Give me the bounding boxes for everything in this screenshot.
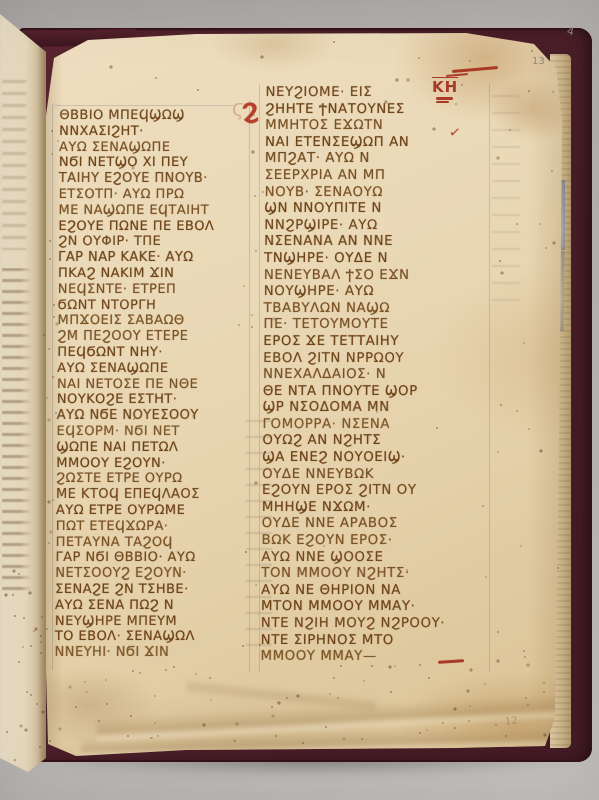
manuscript-text-line: ΕϤΣΟΡΜ· ΝϬΙ ΝΕΤ bbox=[57, 424, 213, 440]
manuscript-text-line: ΜΜΗΤΟΣ ΕϪΩΤΝ bbox=[265, 118, 449, 135]
manuscript-text-line: ΑΥΩ ΣΕΝΑϢΩΠΕ bbox=[57, 361, 213, 377]
show-through-text bbox=[492, 95, 520, 305]
manuscript-text-line: ΜΕ ΝΑϢΩΠΕ ΕϤΤΑΙΗΤ bbox=[58, 203, 214, 219]
manuscript-text-line: ΕΡΟΣ ϪΕ ΤΕΤΤΑΙΗΥ bbox=[263, 334, 447, 351]
show-through-text bbox=[2, 268, 32, 598]
manuscript-text-line: ΜΕ ΚΤΟϤ ΕΠΕϤΛΑΟΣ bbox=[56, 487, 212, 503]
manuscript-text-line: ΟΥΔΕ ΝΝΕΥΒΩΚ bbox=[262, 467, 446, 484]
quire-number: ΚΗ bbox=[432, 78, 458, 96]
rubric-stroke bbox=[436, 101, 449, 103]
manuscript-text-line: ΝΟΥϢΗΡΕ· ΑΥΩ bbox=[264, 284, 448, 301]
manuscript-text-line: ΤΒΑΒΥΛΩΝ ΝΑϢΩ bbox=[264, 301, 448, 318]
manuscript-text-line: ΜΤΟΝ ΜΜΟΟΥ ΜΜΑΥ· bbox=[261, 599, 445, 616]
manuscript-text-line: ΝΕϤΣΝΤΕ· ΕΤΡΕΠ bbox=[58, 282, 214, 298]
manuscript-text-line: ΝΤΕ ΝϨΙΗ ΜΟΥϨ ΝϨΡΟΟΥ· bbox=[261, 616, 445, 633]
manuscript-text-line: ΠΕϤϬΩΝΤ ΝΗΥ· bbox=[57, 345, 213, 361]
manuscript-text-line: ΣΕΝΑϨΕ ϨΝ ΤΣΗΒΕ· bbox=[55, 582, 211, 598]
manuscript-text-line: ΝΝΕΧΑΛΔΑΙΟΣ· Ν bbox=[263, 367, 447, 384]
manuscript-text-line: ΜΗΗϢΕ ΝϪΩΜ· bbox=[262, 500, 446, 517]
ruling-line bbox=[54, 105, 234, 106]
manuscript-text-line: ΘΕ ΝΤΑ ΠΝΟΥΤΕ ϢΟΡ bbox=[263, 384, 447, 401]
manuscript-text-line: ΑΥΩ ΝϬΕ ΝΟΥΕΣΟΟΥ bbox=[57, 408, 213, 424]
manuscript-text-line: ΝΟΥΒ· ΣΕΝΑΟΥΩ bbox=[265, 185, 449, 202]
manuscript-text-line: ϢΩΠΕ ΝΑΙ ΠΕΤΩΛ bbox=[56, 440, 212, 456]
manuscript-text-line: ΝΝϨΡϢΙΡΕ· ΑΥΩ bbox=[264, 218, 448, 235]
manuscript-text-line: ΣΕΕΡΧΡΙΑ ΑΝ ΜΠ bbox=[265, 168, 449, 185]
manuscript-text-line: ΝΑΙ ΕΤΕΝΣΕϢΩΠ ΑΝ bbox=[265, 135, 449, 152]
manuscript-text-line: ΑΥΩ ΣΕΝΑ ΠΩϨ Ν bbox=[55, 598, 211, 614]
show-through-text bbox=[2, 80, 26, 250]
manuscript-text-line: ϨΩΣΤΕ ΕΤΡΕ ΟΥΡΩ bbox=[56, 471, 212, 487]
manuscript-text-line: ΜΜΟΟΥ ΕϨΟΥΝ· bbox=[56, 456, 212, 472]
manuscript-text-line: ΝΕΝΕΥΒΑΛ ϮΣΟ ΕϪΝ bbox=[264, 268, 448, 285]
ruling-line bbox=[489, 84, 490, 672]
manuscript-text-line: ΜΠϨΑΤ· ΑΥΩ Ν bbox=[265, 151, 449, 168]
manuscript-text-line: ΑΥΩ ΝΝΕ ϢΟΟΣΕ bbox=[261, 550, 445, 567]
manuscript-text-line: ΝΤΕ ΣΙΡΗΝΟΣ ΜΤΟ bbox=[261, 633, 445, 650]
red-check-mark: ✓ bbox=[448, 124, 462, 141]
manuscript-text-line: ΑΥΩ ΝΕ ΘΗΡΙΟΝ ΝΑ bbox=[261, 583, 445, 600]
manuscript-text-line: ΠΕΤΑΥΝΑ ΤΑϨΟϤ bbox=[56, 535, 212, 551]
manuscript-text-line: ΝΑΙ ΝΕΤΟΣΕ ΠΕ ΝΘΕ bbox=[57, 377, 213, 393]
manuscript-text-line: ΝΝΕΥΗΙ· ΝϬΙ ϪΙΝ bbox=[55, 645, 211, 661]
manuscript-photograph: ΘΒΒΙΟ ΜΠΕϤϢΩϢΝΝΧΑΣΙϨΗΤ·ΑΥΩ ΣΕΝΑϢΩΠΕΝϬΙ Ν… bbox=[0, 0, 599, 800]
manuscript-text-line: ΘΒΒΙΟ ΜΠΕϤϢΩϢ bbox=[59, 108, 215, 124]
manuscript-text-line: ϢΑ ΕΝΕϨ ΝΟΥΟΕΙϢ· bbox=[262, 450, 446, 467]
text-column-right: ΝΕΥϨΙΟΜΕ· ΕΙΣϨΗΗΤΕ ϮΝΑΤΟΥΝΕΣΜΜΗΤΟΣ ΕϪΩΤΝ… bbox=[260, 85, 449, 666]
manuscript-text-line: ΝϬΙ ΝΕΤϢΟ ΧΙ ΠΕΥ bbox=[59, 155, 215, 171]
manuscript-text-line: ΠΩΤ ΕΤΕϤϪΩΡΑ· bbox=[56, 519, 212, 535]
manuscript-text-line: ϨΝ ΟΥΦΙΡ· ΤΠΕ bbox=[58, 234, 214, 250]
manuscript-text-line: ΟΥΩϨ ΑΝ ΝϨΗΤΣ bbox=[262, 433, 446, 450]
manuscript-text-line: ΠΚΑϨ ΝΑΚΙΜ ϪΙΝ bbox=[58, 266, 214, 282]
ruling-line bbox=[52, 104, 53, 670]
manuscript-text-line: ΑΥΩ ΕΤΡΕ ΟΥΡΩΜΕ bbox=[56, 503, 212, 519]
manuscript-text-line: ϨΜ ΠΕϨΟΟΥ ΕΤΕΡΕ bbox=[57, 329, 213, 345]
manuscript-text-line: ΝΕΥϢΗΡΕ ΜΠΕΥΜ bbox=[55, 614, 211, 630]
manuscript-text-line: ΓΑΡ ΝϬΙ ΘΒΒΙΟ· ΑΥΩ bbox=[55, 550, 211, 566]
manuscript-text-line: ΕϨΟΥΕ ΠΩΝΕ ΠΕ ΕΒΟΛ bbox=[58, 219, 214, 235]
manuscript-text-line: ΑΥΩ ΣΕΝΑϢΩΠΕ bbox=[59, 140, 215, 156]
manuscript-text-line: ΟΥΔΕ ΝΝΕ ΑΡΑΒΟΣ bbox=[262, 516, 446, 533]
manuscript-text-line: ϢΡ ΝΣΟΔΟΜΑ ΜΝ bbox=[263, 400, 447, 417]
text-column-left: ΘΒΒΙΟ ΜΠΕϤϢΩϢΝΝΧΑΣΙϨΗΤ·ΑΥΩ ΣΕΝΑϢΩΠΕΝϬΙ Ν… bbox=[55, 108, 216, 661]
manuscript-text-line: ΝΕΥϨΙΟΜΕ· ΕΙΣ bbox=[265, 85, 449, 102]
manuscript-text-line: ΤΑΙΗΥ ΕϨΟΥΕ ΠΝΟΥΒ· bbox=[59, 171, 215, 187]
manuscript-text-line: ΕΤΣΟΤΠ· ΑΥΩ ΠΡΩ bbox=[59, 187, 215, 203]
manuscript-text-line: ϬΩΝΤ ΝΤΟΡΓΗ bbox=[58, 298, 214, 314]
manuscript-text-line: ΕΒΟΛ ϨΙΤΝ ΝΡΡΩΟΥ bbox=[263, 351, 447, 368]
manuscript-text-line: ΜΜΟΟΥ ΜΜΑΥ— bbox=[260, 649, 444, 666]
manuscript-text-line: ΠΕ· ΤΕΤΟΥΜΟΥΤΕ bbox=[263, 317, 447, 334]
manuscript-text-line: ΝΟΥΚΟϨΕ ΕΣΤΗΤ· bbox=[57, 392, 213, 408]
manuscript-text-line: ΜΠϪΟΕΙΣ ΣΑΒΑΩΘ bbox=[57, 313, 213, 329]
manuscript-text-line: ΤΟΝ ΜΜΟΟΥ ΝϨΗΤΣ· bbox=[261, 566, 445, 583]
manuscript-text-line: ΓΑΡ ΝΑΡ ΚΑΚΕ· ΑΥΩ bbox=[58, 250, 214, 266]
manuscript-text-line: ΒΩΚ ΕϨΟΥΝ ΕΡΟΣ· bbox=[261, 533, 445, 550]
rubric-stroke bbox=[436, 97, 453, 100]
manuscript-text-line: ϨΗΗΤΕ ϮΝΑΤΟΥΝΕΣ bbox=[265, 102, 449, 119]
manuscript-text-line: ΕϨΟΥΝ ΕΡΟΣ ϨΙΤΝ ΟΥ bbox=[262, 483, 446, 500]
pencil-mark-small: 13 bbox=[532, 56, 545, 67]
wormhole-speckles bbox=[0, 0, 2, 2]
manuscript-text-line: ΝΝΧΑΣΙϨΗΤ· bbox=[59, 124, 215, 140]
manuscript-text-line: ΝΕΤΣΟΟΥϨ ΕϨΟΥΝ· bbox=[55, 566, 211, 582]
manuscript-text-line: ΝΣΕΝΑΝΑ ΑΝ ΝΝΕ bbox=[264, 234, 448, 251]
pencil-mark-bottom: 12 bbox=[504, 715, 518, 727]
facing-page-edge bbox=[0, 0, 46, 786]
manuscript-text-line: ΤΟ ΕΒΟΛ· ΣΕΝΑϢΩΛ bbox=[55, 629, 211, 645]
red-initial-letter: Ϩ bbox=[240, 99, 259, 126]
manuscript-text-line: ΤΝϢΗΡΕ· ΟΥΔΕ Ν bbox=[264, 251, 448, 268]
manuscript-text-line: ϢΝ ΝΝΟΥΠΙΤΕ Ν bbox=[264, 201, 448, 218]
manuscript-text-line: ΓΟΜΟΡΡΑ· ΝΣΕΝΑ bbox=[262, 417, 446, 434]
